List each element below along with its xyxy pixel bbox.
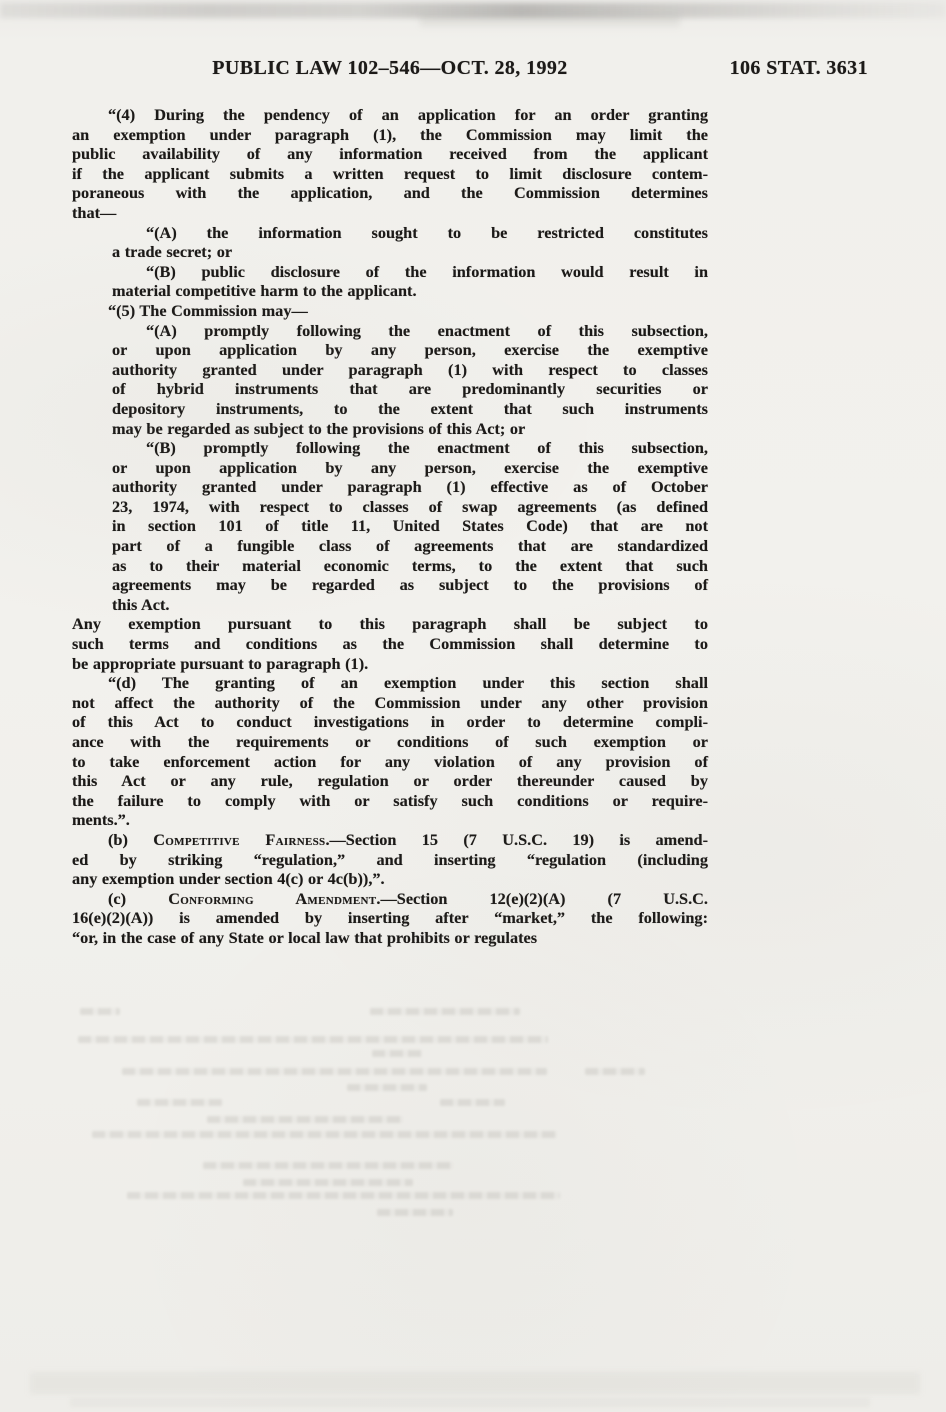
paragraph: “(A) promptly following the enactment of…: [112, 321, 708, 439]
text-line: “(B) promptly following the enactment of…: [112, 438, 708, 458]
paragraph: “(B) public disclosure of the informatio…: [112, 262, 708, 301]
bleedthrough-line: [127, 1192, 560, 1199]
text-line: that—: [72, 203, 708, 223]
text-line: this Act.: [112, 595, 708, 615]
text-line: authority granted under paragraph (1) ef…: [112, 477, 708, 497]
small-caps-text: Competitive Fairness: [153, 830, 325, 849]
scan-artifact-bottom-smudge-2: [70, 1398, 870, 1407]
bleedthrough-line: [80, 1008, 120, 1015]
bleedthrough-line: [78, 1036, 548, 1043]
paragraph: Any exemption pursuant to this paragraph…: [72, 614, 708, 673]
text-line: if the applicant submits a written reque…: [72, 164, 708, 184]
law-title: PUBLIC LAW 102–546—OCT. 28, 1992: [72, 57, 708, 80]
text-line: ed by striking “regulation,” and inserti…: [72, 850, 708, 870]
text-line: “or, in the case of any State or local l…: [72, 928, 708, 948]
text-line: material competitive harm to the applica…: [112, 281, 708, 301]
text-line: of this Act to conduct investigations in…: [72, 712, 708, 732]
text-line: (b) Competitive Fairness.—Section 15 (7 …: [72, 830, 708, 850]
bleedthrough-line: [370, 1008, 520, 1015]
bleedthrough-line: [440, 1099, 505, 1106]
paragraph: “(5) The Commission may—: [72, 301, 708, 321]
text-line: “(5) The Commission may—: [72, 301, 708, 321]
scanned-page: PUBLIC LAW 102–546—OCT. 28, 1992 106 STA…: [0, 0, 946, 1412]
text-run: .—Section 12(e)(2)(A) (7 U.S.C.: [376, 889, 708, 908]
paragraph: “(d) The granting of an exemption under …: [72, 673, 708, 830]
bleedthrough-line: [585, 1068, 645, 1075]
bleedthrough-line: [377, 1209, 453, 1216]
text-line: or upon application by any person, exerc…: [112, 458, 708, 478]
text-line: 23, 1974, with respect to classes of swa…: [112, 497, 708, 517]
text-line: depository instruments, to the extent th…: [112, 399, 708, 419]
scan-artifact-top-smudge-2: [420, 16, 680, 26]
text-line: “(A) the information sought to be restri…: [112, 223, 708, 243]
text-line: public availability of any information r…: [72, 144, 708, 164]
text-run: .—Section 15 (7 U.S.C. 19) is amend-: [325, 830, 708, 849]
text-run: (c): [108, 889, 168, 908]
text-line: or upon application by any person, exerc…: [112, 340, 708, 360]
bleedthrough-line: [207, 1116, 403, 1123]
document-body: “(4) During the pendency of an applicati…: [72, 105, 708, 948]
bleedthrough-line: [122, 1068, 547, 1075]
bleedthrough-line: [243, 1179, 413, 1186]
text-line: agreements may be regarded as subject to…: [112, 575, 708, 595]
text-line: “(4) During the pendency of an applicati…: [72, 105, 708, 125]
text-line: Any exemption pursuant to this paragraph…: [72, 614, 708, 634]
bleedthrough-line: [203, 1162, 453, 1169]
text-line: an exemption under paragraph (1), the Co…: [72, 125, 708, 145]
text-line: the failure to comply with or satisfy su…: [72, 791, 708, 811]
paragraph: “(A) the information sought to be restri…: [112, 223, 708, 262]
text-line: “(d) The granting of an exemption under …: [72, 673, 708, 693]
text-line: 16(e)(2)(A)) is amended by inserting aft…: [72, 908, 708, 928]
text-line: to take enforcement action for any viola…: [72, 752, 708, 772]
stat-page-number: 106 STAT. 3631: [688, 57, 868, 80]
paragraph: (c) Conforming Amendment.—Section 12(e)(…: [72, 889, 708, 948]
text-line: any exemption under section 4(c) or 4c(b…: [72, 869, 708, 889]
small-caps-text: Conforming Amendment: [168, 889, 376, 908]
text-line: of hybrid instruments that are predomina…: [112, 379, 708, 399]
text-line: (c) Conforming Amendment.—Section 12(e)(…: [72, 889, 708, 909]
text-line: part of a fungible class of agreements t…: [112, 536, 708, 556]
text-line: may be regarded as subject to the provis…: [112, 419, 708, 439]
bleedthrough-line: [372, 1050, 422, 1057]
bleedthrough-line: [92, 1131, 557, 1138]
bleedthrough-line: [347, 1084, 427, 1091]
paragraph: (b) Competitive Fairness.—Section 15 (7 …: [72, 830, 708, 889]
text-line: authority granted under paragraph (1) wi…: [112, 360, 708, 380]
scan-artifact-bottom-smudge: [30, 1372, 920, 1394]
text-line: be appropriate pursuant to paragraph (1)…: [72, 654, 708, 674]
text-line: ance with the requirements or conditions…: [72, 732, 708, 752]
text-line: “(A) promptly following the enactment of…: [112, 321, 708, 341]
text-line: poraneous with the application, and the …: [72, 183, 708, 203]
text-line: not affect the authority of the Commissi…: [72, 693, 708, 713]
text-line: as to their material economic terms, to …: [112, 556, 708, 576]
text-line: “(B) public disclosure of the informatio…: [112, 262, 708, 282]
text-line: this Act or any rule, regulation or orde…: [72, 771, 708, 791]
paragraph: “(B) promptly following the enactment of…: [112, 438, 708, 614]
paragraph: “(4) During the pendency of an applicati…: [72, 105, 708, 223]
text-line: a trade secret; or: [112, 242, 708, 262]
bleedthrough-line: [137, 1099, 222, 1106]
text-run: (b): [108, 830, 153, 849]
text-line: in section 101 of title 11, United State…: [112, 516, 708, 536]
text-line: ments.”.: [72, 810, 708, 830]
text-line: such terms and conditions as the Commiss…: [72, 634, 708, 654]
